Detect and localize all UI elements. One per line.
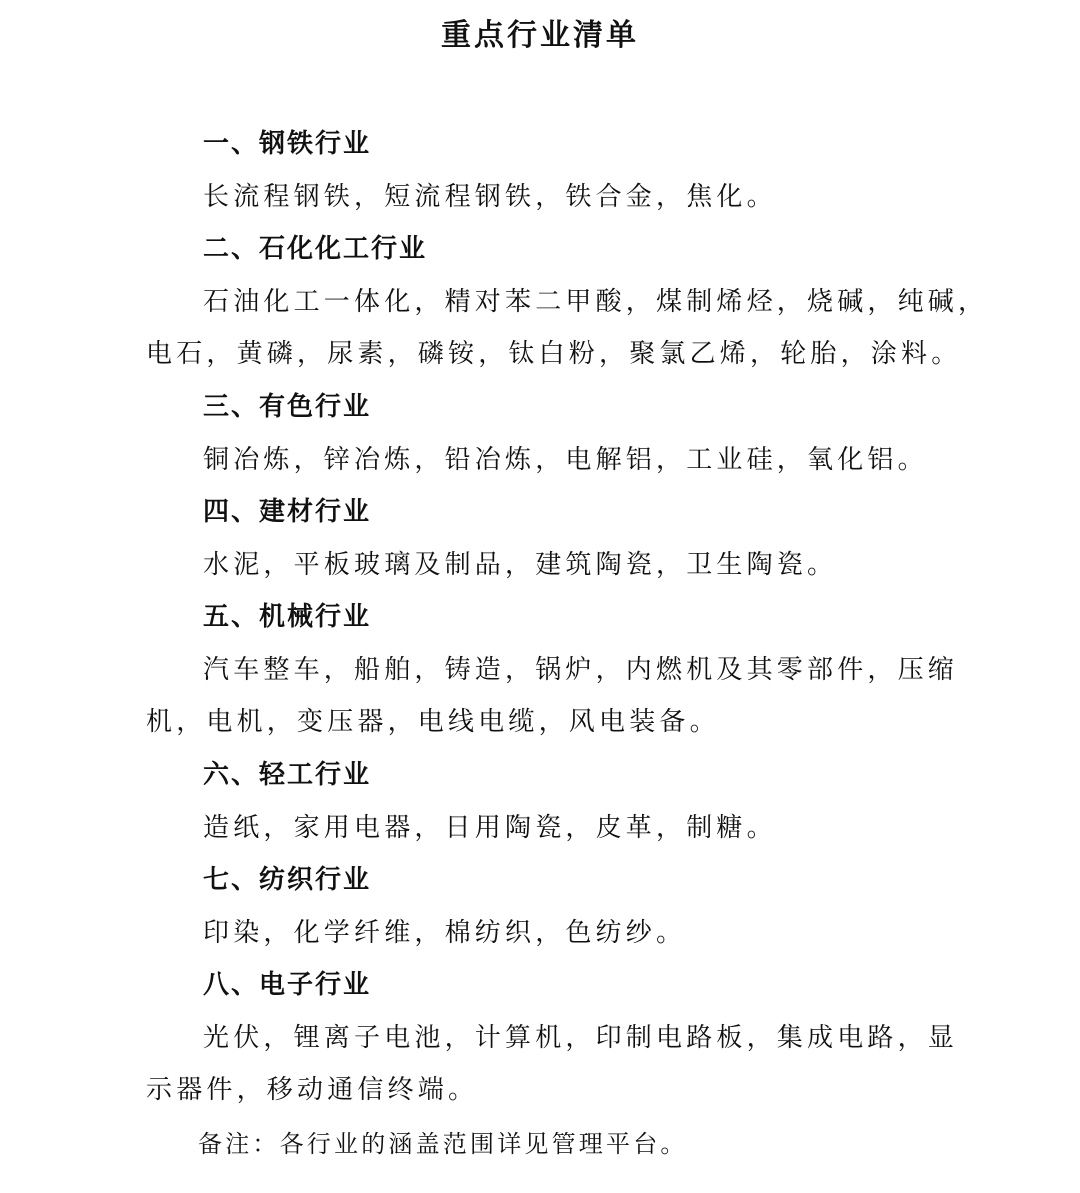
- section-body-petrochemical-line2: 电石，黄磷，尿素，磷铵，钛白粉，聚氯乙烯，轮胎，涂料。: [146, 334, 961, 374]
- section-body-machinery-line1: 汽车整车，船舶，铸造，锅炉，内燃机及其零部件，压缩: [203, 650, 958, 690]
- section-heading-petrochemical: 二、石化化工行业: [203, 229, 427, 269]
- section-body-steel: 长流程钢铁，短流程钢铁，铁合金，焦化。: [203, 177, 777, 217]
- section-body-light-industry: 造纸，家用电器，日用陶瓷，皮革，制糖。: [203, 808, 777, 848]
- page-title: 重点行业清单: [0, 14, 1080, 58]
- section-body-machinery-line2: 机，电机，变压器，电线电缆，风电装备。: [146, 702, 720, 742]
- section-heading-machinery: 五、机械行业: [203, 597, 371, 637]
- section-heading-nonferrous: 三、有色行业: [203, 387, 371, 427]
- section-heading-textile: 七、纺织行业: [203, 860, 371, 900]
- section-heading-steel: 一、钢铁行业: [203, 124, 371, 164]
- section-body-textile: 印染，化学纤维，棉纺织，色纺纱。: [203, 913, 686, 953]
- section-body-nonferrous: 铜冶炼，锌冶炼，铅冶炼，电解铝，工业硅，氧化铝。: [203, 440, 928, 480]
- section-heading-light-industry: 六、轻工行业: [203, 755, 371, 795]
- section-body-electronics-line1: 光伏，锂离子电池，计算机，印制电路板，集成电路，显: [203, 1018, 958, 1058]
- footnote: 备注：各行业的涵盖范围详见管理平台。: [198, 1124, 688, 1164]
- section-body-building-materials: 水泥，平板玻璃及制品，建筑陶瓷，卫生陶瓷。: [203, 545, 837, 585]
- section-heading-electronics: 八、电子行业: [203, 965, 371, 1005]
- section-heading-building-materials: 四、建材行业: [203, 492, 371, 532]
- section-body-electronics-line2: 示器件，移动通信终端。: [146, 1070, 478, 1110]
- section-body-petrochemical-line1: 石油化工一体化，精对苯二甲酸，煤制烯烃，烧碱，纯碱，: [203, 282, 988, 322]
